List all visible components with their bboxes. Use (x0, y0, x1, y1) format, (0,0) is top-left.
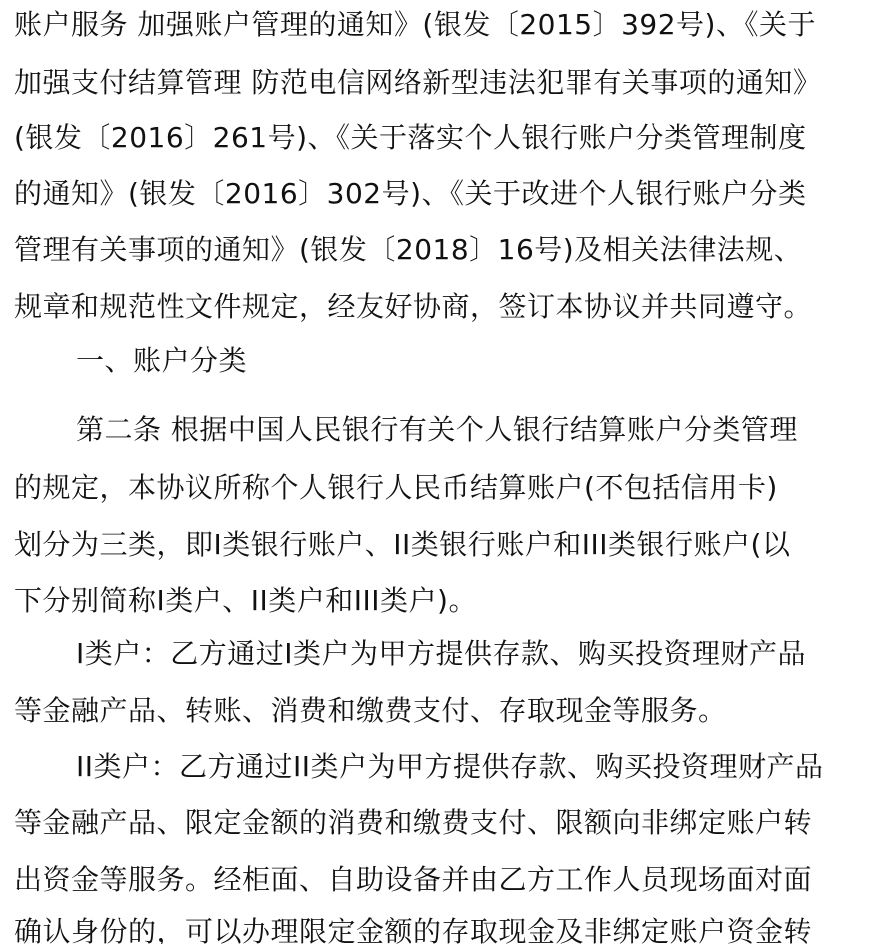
text-line: 等金融产品、限定金额的消费和缴费支付、限额向非绑定账户转 (14, 803, 812, 843)
text-line: 等金融产品、转账、消费和缴费支付、存取现金等服务。 (14, 691, 727, 731)
section-heading: 一、账户分类 (76, 341, 247, 381)
account-type-2-line: II类户：乙方通过II类户为甲方提供存款、购买投资理财产品 (76, 747, 824, 787)
text-line: 确认身份的，可以办理限定金额的存取现金及非绑定账户资金转 (14, 912, 812, 944)
text-line: 账户服务 加强账户管理的通知》(银发〔2015〕392号)、《关于 (14, 5, 816, 45)
text-line: 规章和规范性文件规定，经友好协商，签订本协议并共同遵守。 (14, 287, 812, 327)
text-line: 管理有关事项的通知》(银发〔2018〕16号)及相关法律法规、 (14, 230, 802, 270)
text-line: 的规定，本协议所称个人银行人民币结算账户(不包括信用卡) (14, 468, 778, 508)
article-line: 第二条 根据中国人民银行有关个人银行结算账户分类管理 (76, 410, 798, 450)
text-line: 下分别简称I类户、II类户和III类户)。 (14, 581, 477, 621)
text-line: 的通知》(银发〔2016〕302号)、《关于改进个人银行账户分类 (14, 174, 807, 214)
text-line: 加强支付结算管理 防范电信网络新型违法犯罪有关事项的通知》 (14, 63, 821, 103)
text-line: 划分为三类，即I类银行账户、II类银行账户和III类银行账户(以 (14, 525, 790, 565)
text-line: 出资金等服务。经柜面、自助设备并由乙方工作人员现场面对面 (14, 860, 812, 900)
text-line: (银发〔2016〕261号)、《关于落实个人银行账户分类管理制度 (14, 118, 807, 158)
account-type-1-line: I类户：乙方通过I类户为甲方提供存款、购买投资理财产品 (76, 634, 806, 674)
